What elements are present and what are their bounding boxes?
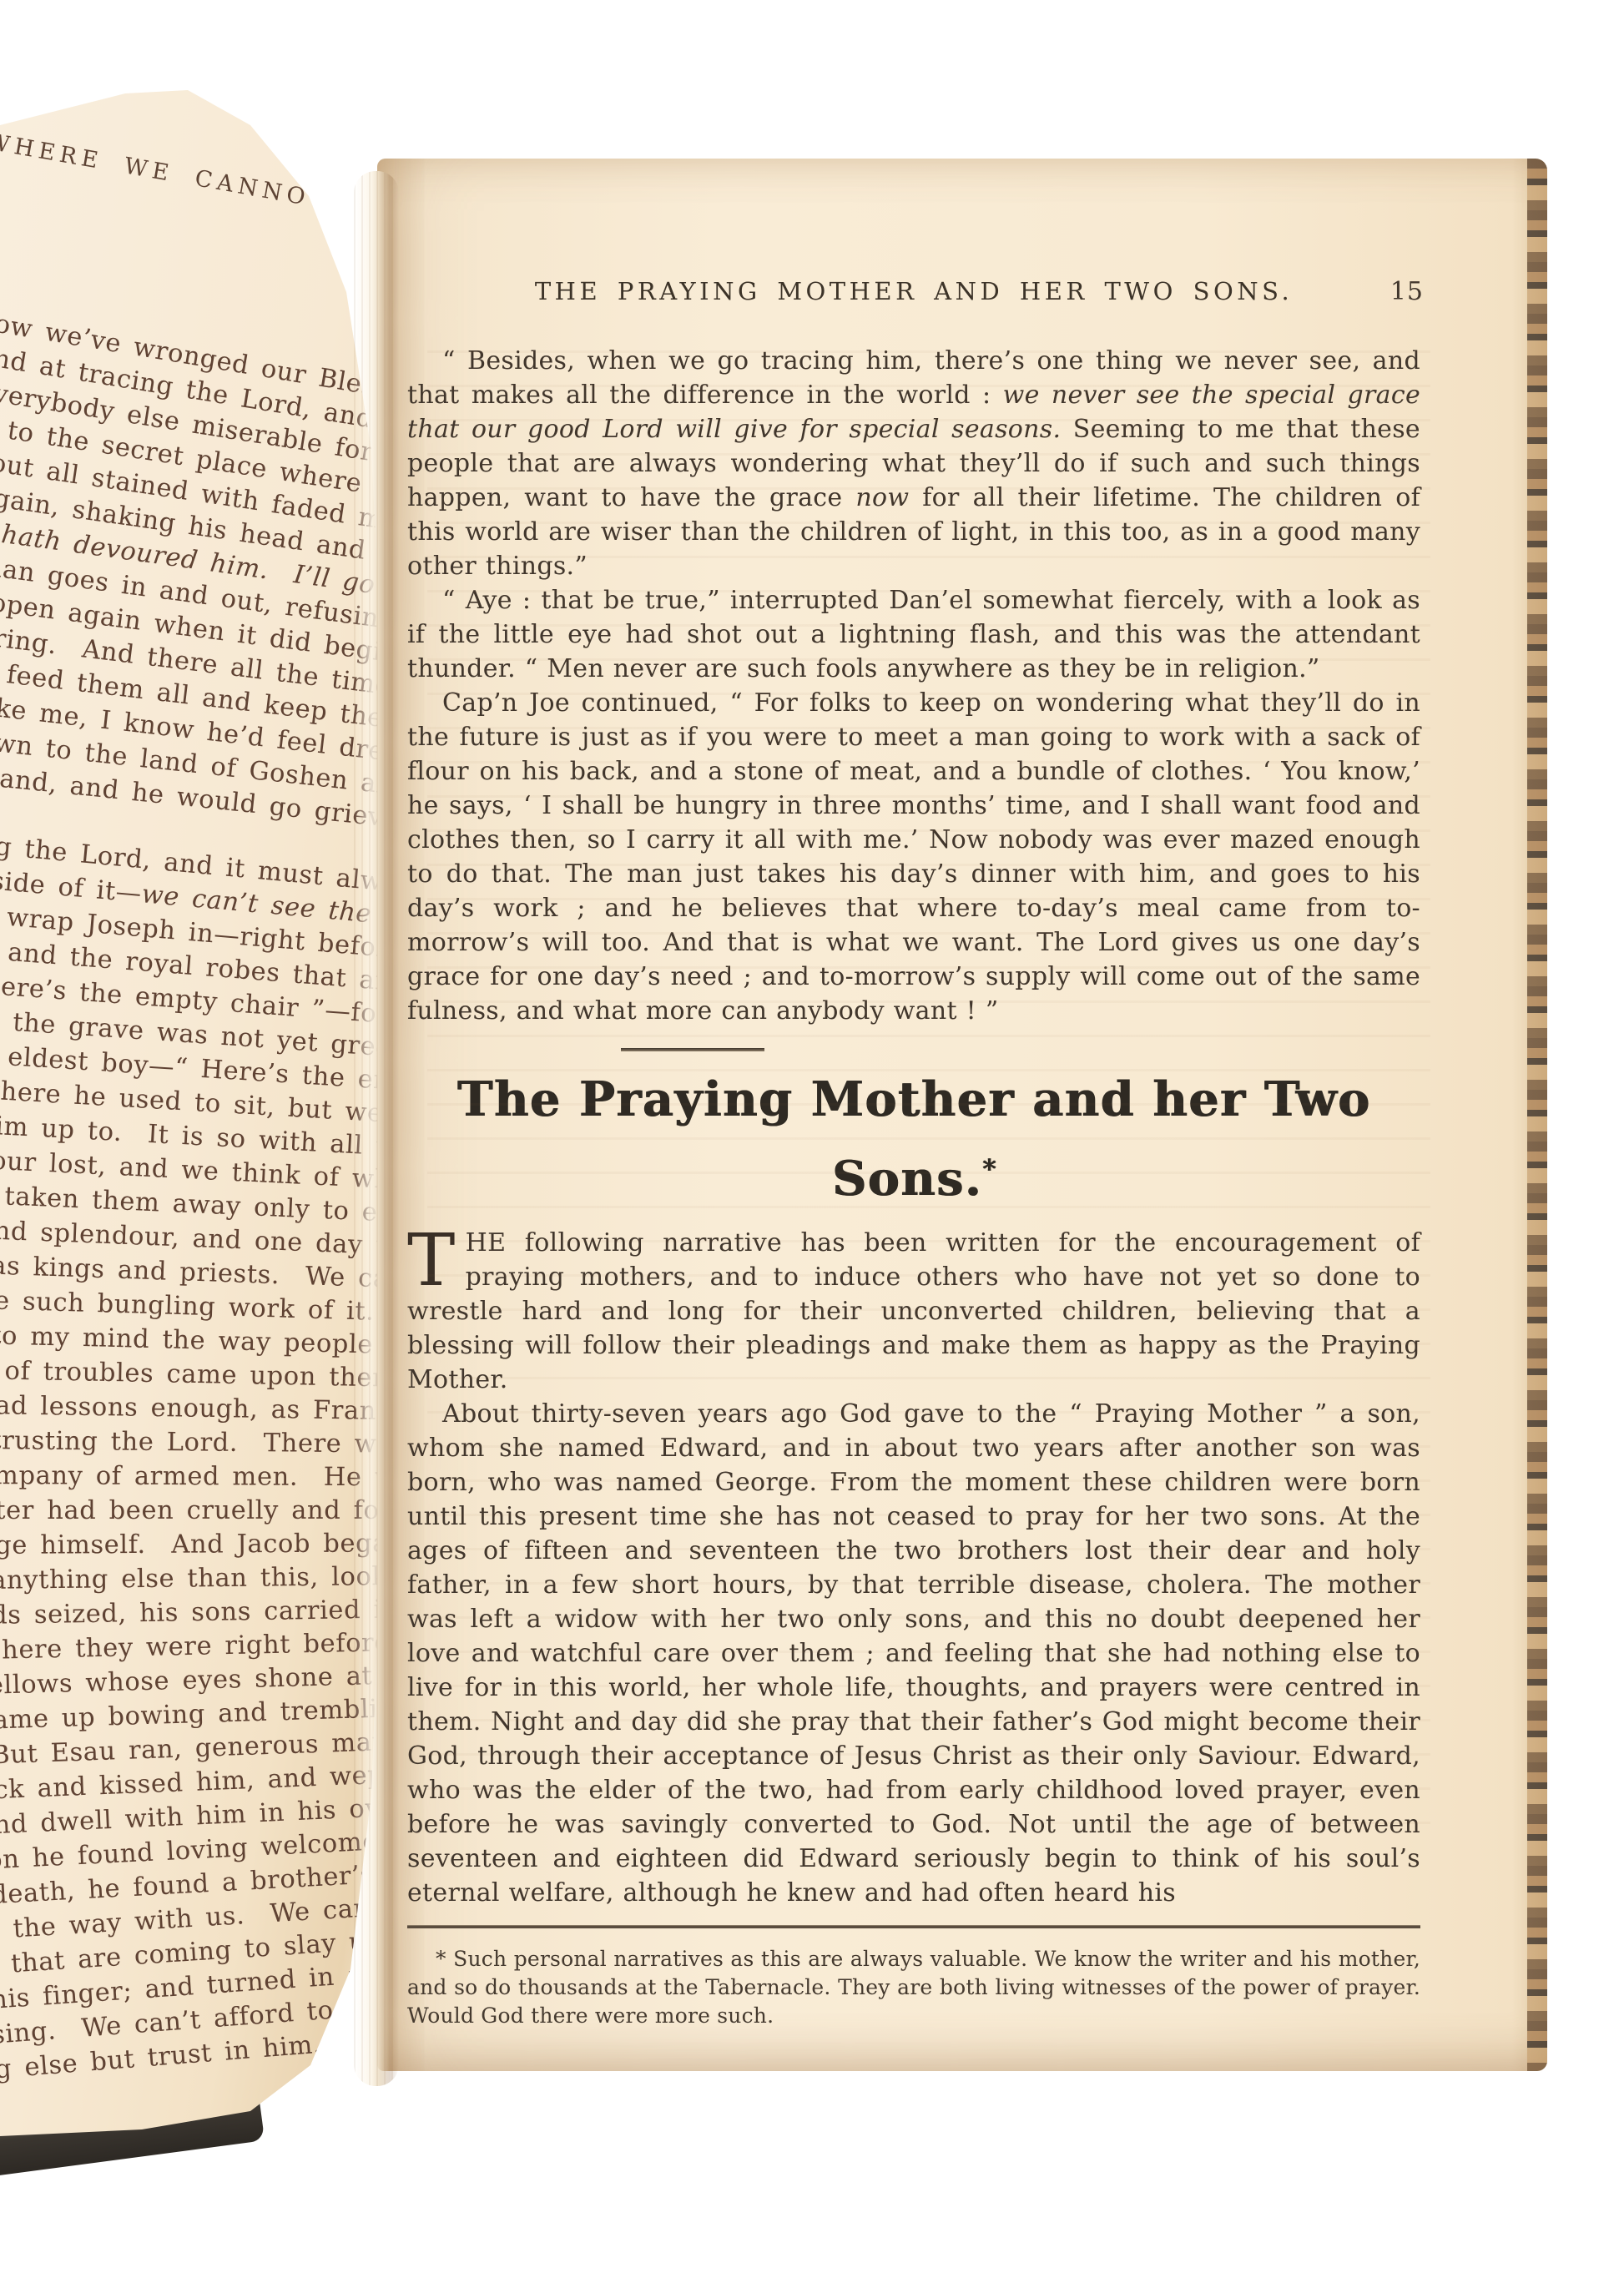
body-paragraph: “ Aye : that be true,” interrupted Dan’e… bbox=[407, 583, 1420, 686]
left-page: WHERE WE CANNOT TRACE HIM. how we’ve wro… bbox=[0, 83, 412, 2186]
running-header: THE PRAYING MOTHER AND HER TWO SONS. bbox=[407, 277, 1420, 305]
right-page: THE PRAYING MOTHER AND HER TWO SONS. 15 … bbox=[377, 159, 1547, 2071]
body-paragraph: About thirty-seven years ago God gave to… bbox=[407, 1397, 1420, 1910]
section-divider-rule bbox=[621, 1048, 764, 1051]
book-photo: { "photo": { "background_color": "#fffff… bbox=[0, 0, 1624, 2273]
running-header-row: THE PRAYING MOTHER AND HER TWO SONS. 15 bbox=[407, 277, 1420, 315]
section-title: The Praying Mother and her Two Sons.* bbox=[407, 1065, 1420, 1214]
gutter-page-edges bbox=[354, 171, 399, 2086]
narrative-section: About thirty-seven years ago God gave to… bbox=[407, 1397, 1420, 1910]
page-number: 15 bbox=[1390, 277, 1424, 306]
narrative-opening-paragraph: THE following narrative has been written… bbox=[407, 1226, 1420, 1397]
section-title-text: The Praying Mother and her Two Sons. bbox=[457, 1071, 1371, 1207]
footnote: * Such personal narratives as this are a… bbox=[407, 1945, 1420, 2030]
body-paragraph: Cap’n Joe continued, “ For folks to keep… bbox=[407, 686, 1420, 1028]
right-page-text: THE PRAYING MOTHER AND HER TWO SONS. 15 … bbox=[407, 277, 1420, 2030]
footnote-rule bbox=[407, 1925, 1420, 1928]
drop-cap: T bbox=[407, 1226, 466, 1289]
footnote-marker: * bbox=[982, 1155, 996, 1185]
narrative-opening-text: HE following narrative has been written … bbox=[407, 1228, 1420, 1394]
body-paragraph: “ Besides, when we go tracing him, there… bbox=[407, 344, 1420, 583]
fore-edge bbox=[1527, 159, 1547, 2071]
dialogue-section: “ Besides, when we go tracing him, there… bbox=[407, 344, 1420, 1028]
